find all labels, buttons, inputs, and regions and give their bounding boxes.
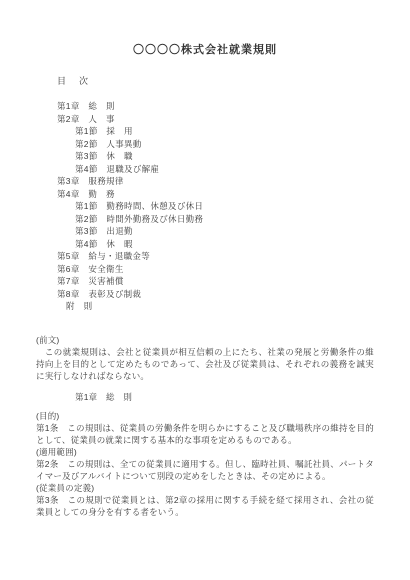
article2-text: 第2条 この規則は、全ての従業員に適用する。但し、臨時社員、嘱託社員、パートタイ… — [36, 458, 374, 482]
article3-text: 第3条 この規則で従業員とは、第2章の採用に関する手続を経て採用され、会社の従業… — [36, 494, 374, 518]
toc-item-chapter1: 第1章 総 則 — [57, 100, 410, 113]
toc-item-chapter5: 第5章 給与・退職金等 — [57, 250, 410, 263]
toc-item-ch2-sec4: 第4節 退職及び解雇 — [57, 163, 410, 176]
document-title: 〇〇〇〇株式会社就業規則 — [0, 0, 410, 57]
table-of-contents: 第1章 総 則 第2章 人 事 第1節 採 用 第2節 人事異動 第3節 休 職… — [57, 100, 410, 313]
toc-item-ch4-sec3: 第3節 出退勤 — [57, 225, 410, 238]
toc-item-chapter7: 第7章 災害補償 — [57, 275, 410, 288]
toc-item-ch2-sec2: 第2節 人事異動 — [57, 138, 410, 151]
toc-item-chapter4: 第4章 勤 務 — [57, 188, 410, 201]
toc-item-chapter6: 第6章 安全衛生 — [57, 263, 410, 276]
toc-item-ch4-sec2: 第2節 時間外勤務及び休日勤務 — [57, 213, 410, 226]
document-body: (前文) この就業規則は、会社と従業員が相互信頼の上にたち、社業の発展と労働条件… — [36, 334, 374, 518]
toc-item-ch4-sec4: 第4節 休 暇 — [57, 238, 410, 251]
article3-label: (従業員の定義) — [36, 482, 374, 494]
toc-item-appendix: 附 則 — [57, 300, 410, 313]
chapter1-heading: 第1章 総 則 — [75, 391, 374, 403]
toc-item-chapter3: 第3章 服務規律 — [57, 175, 410, 188]
document-page: 〇〇〇〇株式会社就業規則 目 次 第1章 総 則 第2章 人 事 第1節 採 用… — [0, 0, 410, 580]
article1-text: 第1条 この規則は、従業員の労働条件を明らかにすること及び職場秩序の維持を目的と… — [36, 422, 374, 446]
toc-item-ch2-sec3: 第3節 休 職 — [57, 150, 410, 163]
toc-heading: 目 次 — [57, 74, 410, 87]
toc-item-chapter2: 第2章 人 事 — [57, 113, 410, 126]
preamble-text: この就業規則は、会社と従業員が相互信頼の上にたち、社業の発展と労働条件の維持向上… — [36, 346, 374, 382]
article1-label: (目的) — [36, 410, 374, 422]
toc-item-ch2-sec1: 第1節 採 用 — [57, 125, 410, 138]
article2-label: (適用範囲) — [36, 446, 374, 458]
preamble-label: (前文) — [36, 334, 374, 346]
toc-item-chapter8: 第8章 表彰及び制裁 — [57, 288, 410, 301]
toc-item-ch4-sec1: 第1節 勤務時間、休憩及び休日 — [57, 200, 410, 213]
